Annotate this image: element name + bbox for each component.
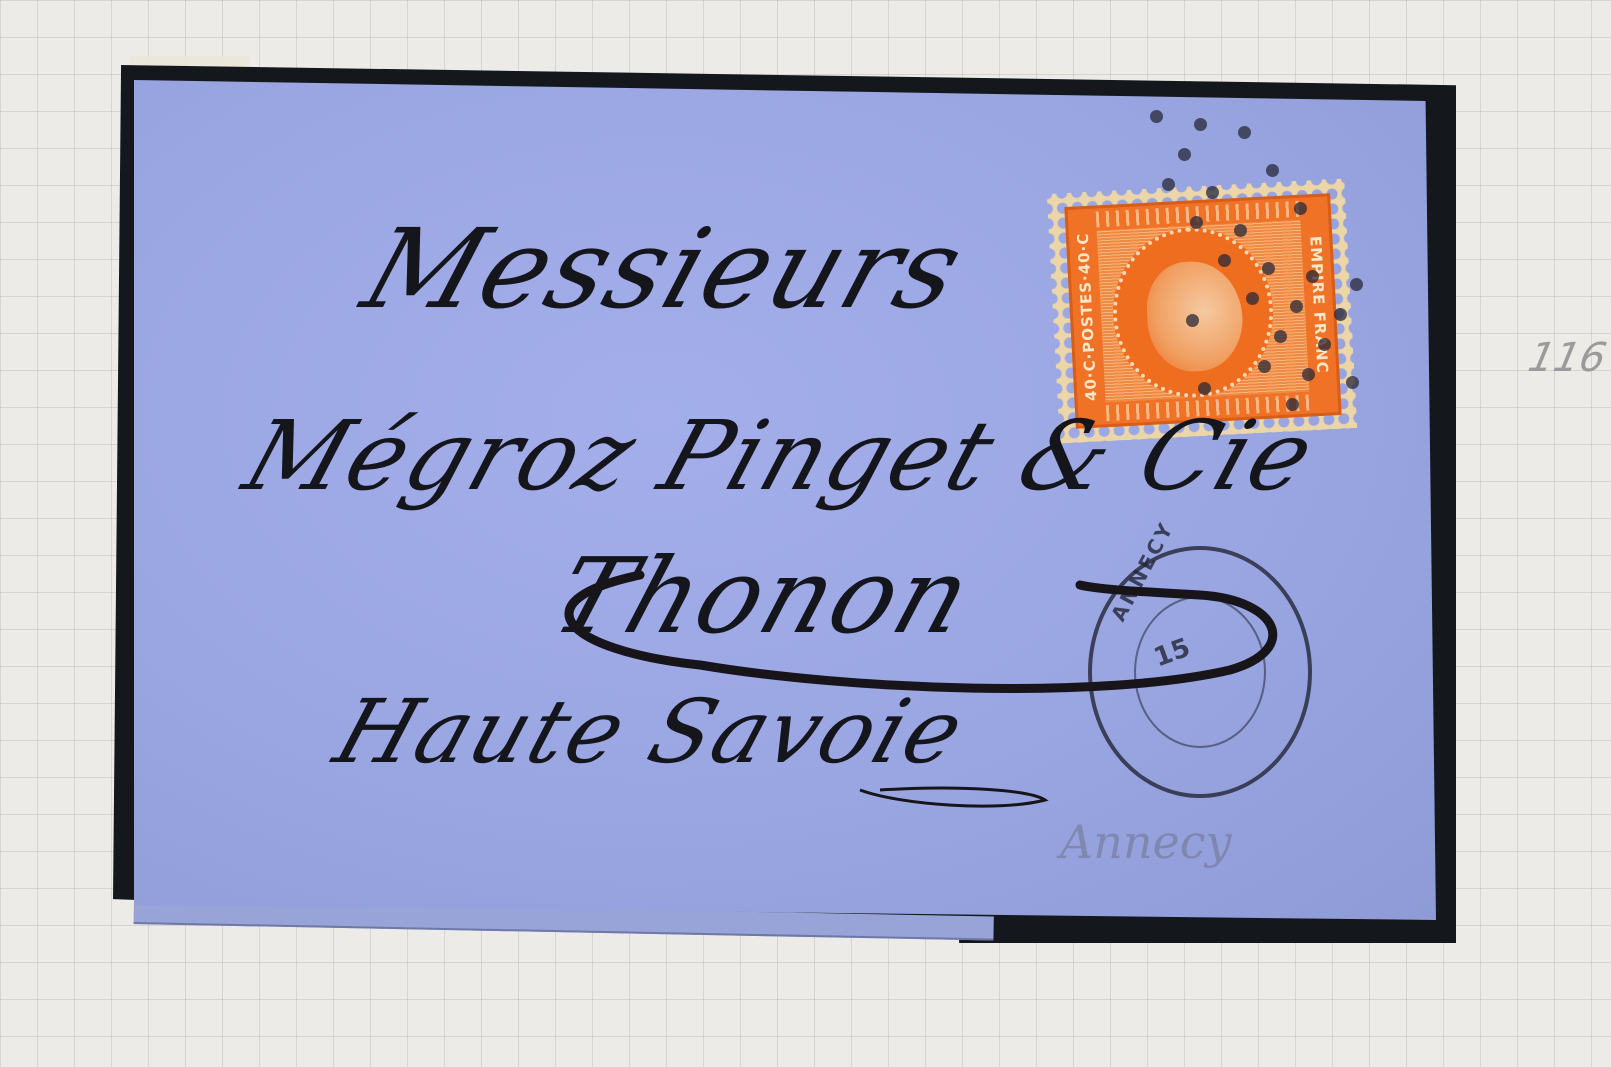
cancel-dot [1306, 270, 1319, 283]
cancel-dot [1274, 330, 1287, 343]
cancel-dot [1238, 126, 1251, 139]
cancel-dot [1302, 368, 1315, 381]
cancel-dot [1258, 360, 1271, 373]
cancel-dot [1334, 308, 1347, 321]
cancel-dot [1266, 164, 1279, 177]
cancel-dot [1162, 178, 1175, 191]
cancel-dot [1318, 338, 1331, 351]
postmark-inner-ring [1134, 596, 1266, 748]
cancel-dot [1286, 398, 1299, 411]
address-line-2: Mégroz Pinget & Cie [232, 400, 1329, 512]
cancel-dot [1190, 216, 1203, 229]
cancel-dot [1186, 314, 1199, 327]
cancel-dot [1194, 118, 1207, 131]
cancel-dot [1346, 376, 1359, 389]
address-line-1: Messieurs [349, 205, 979, 333]
address-line-4: Haute Savoie [323, 680, 977, 783]
envelope-pencil-note: Annecy [1060, 815, 1231, 869]
cancel-dot [1350, 278, 1363, 291]
cancel-dot [1178, 148, 1191, 161]
cancel-dot [1290, 300, 1303, 313]
cancel-dot [1294, 202, 1307, 215]
address-line-3: Thonon [540, 535, 987, 657]
album-pencil-note: 116 [1524, 335, 1610, 381]
postmark: ANNECY 15 [1088, 546, 1312, 798]
cancel-dot [1218, 254, 1231, 267]
cancel-dot [1206, 186, 1219, 199]
cancel-dot [1262, 262, 1275, 275]
cancel-dot [1234, 224, 1247, 237]
cancel-dot [1198, 382, 1211, 395]
cancel-dot [1150, 110, 1163, 123]
cancel-dot [1246, 292, 1259, 305]
